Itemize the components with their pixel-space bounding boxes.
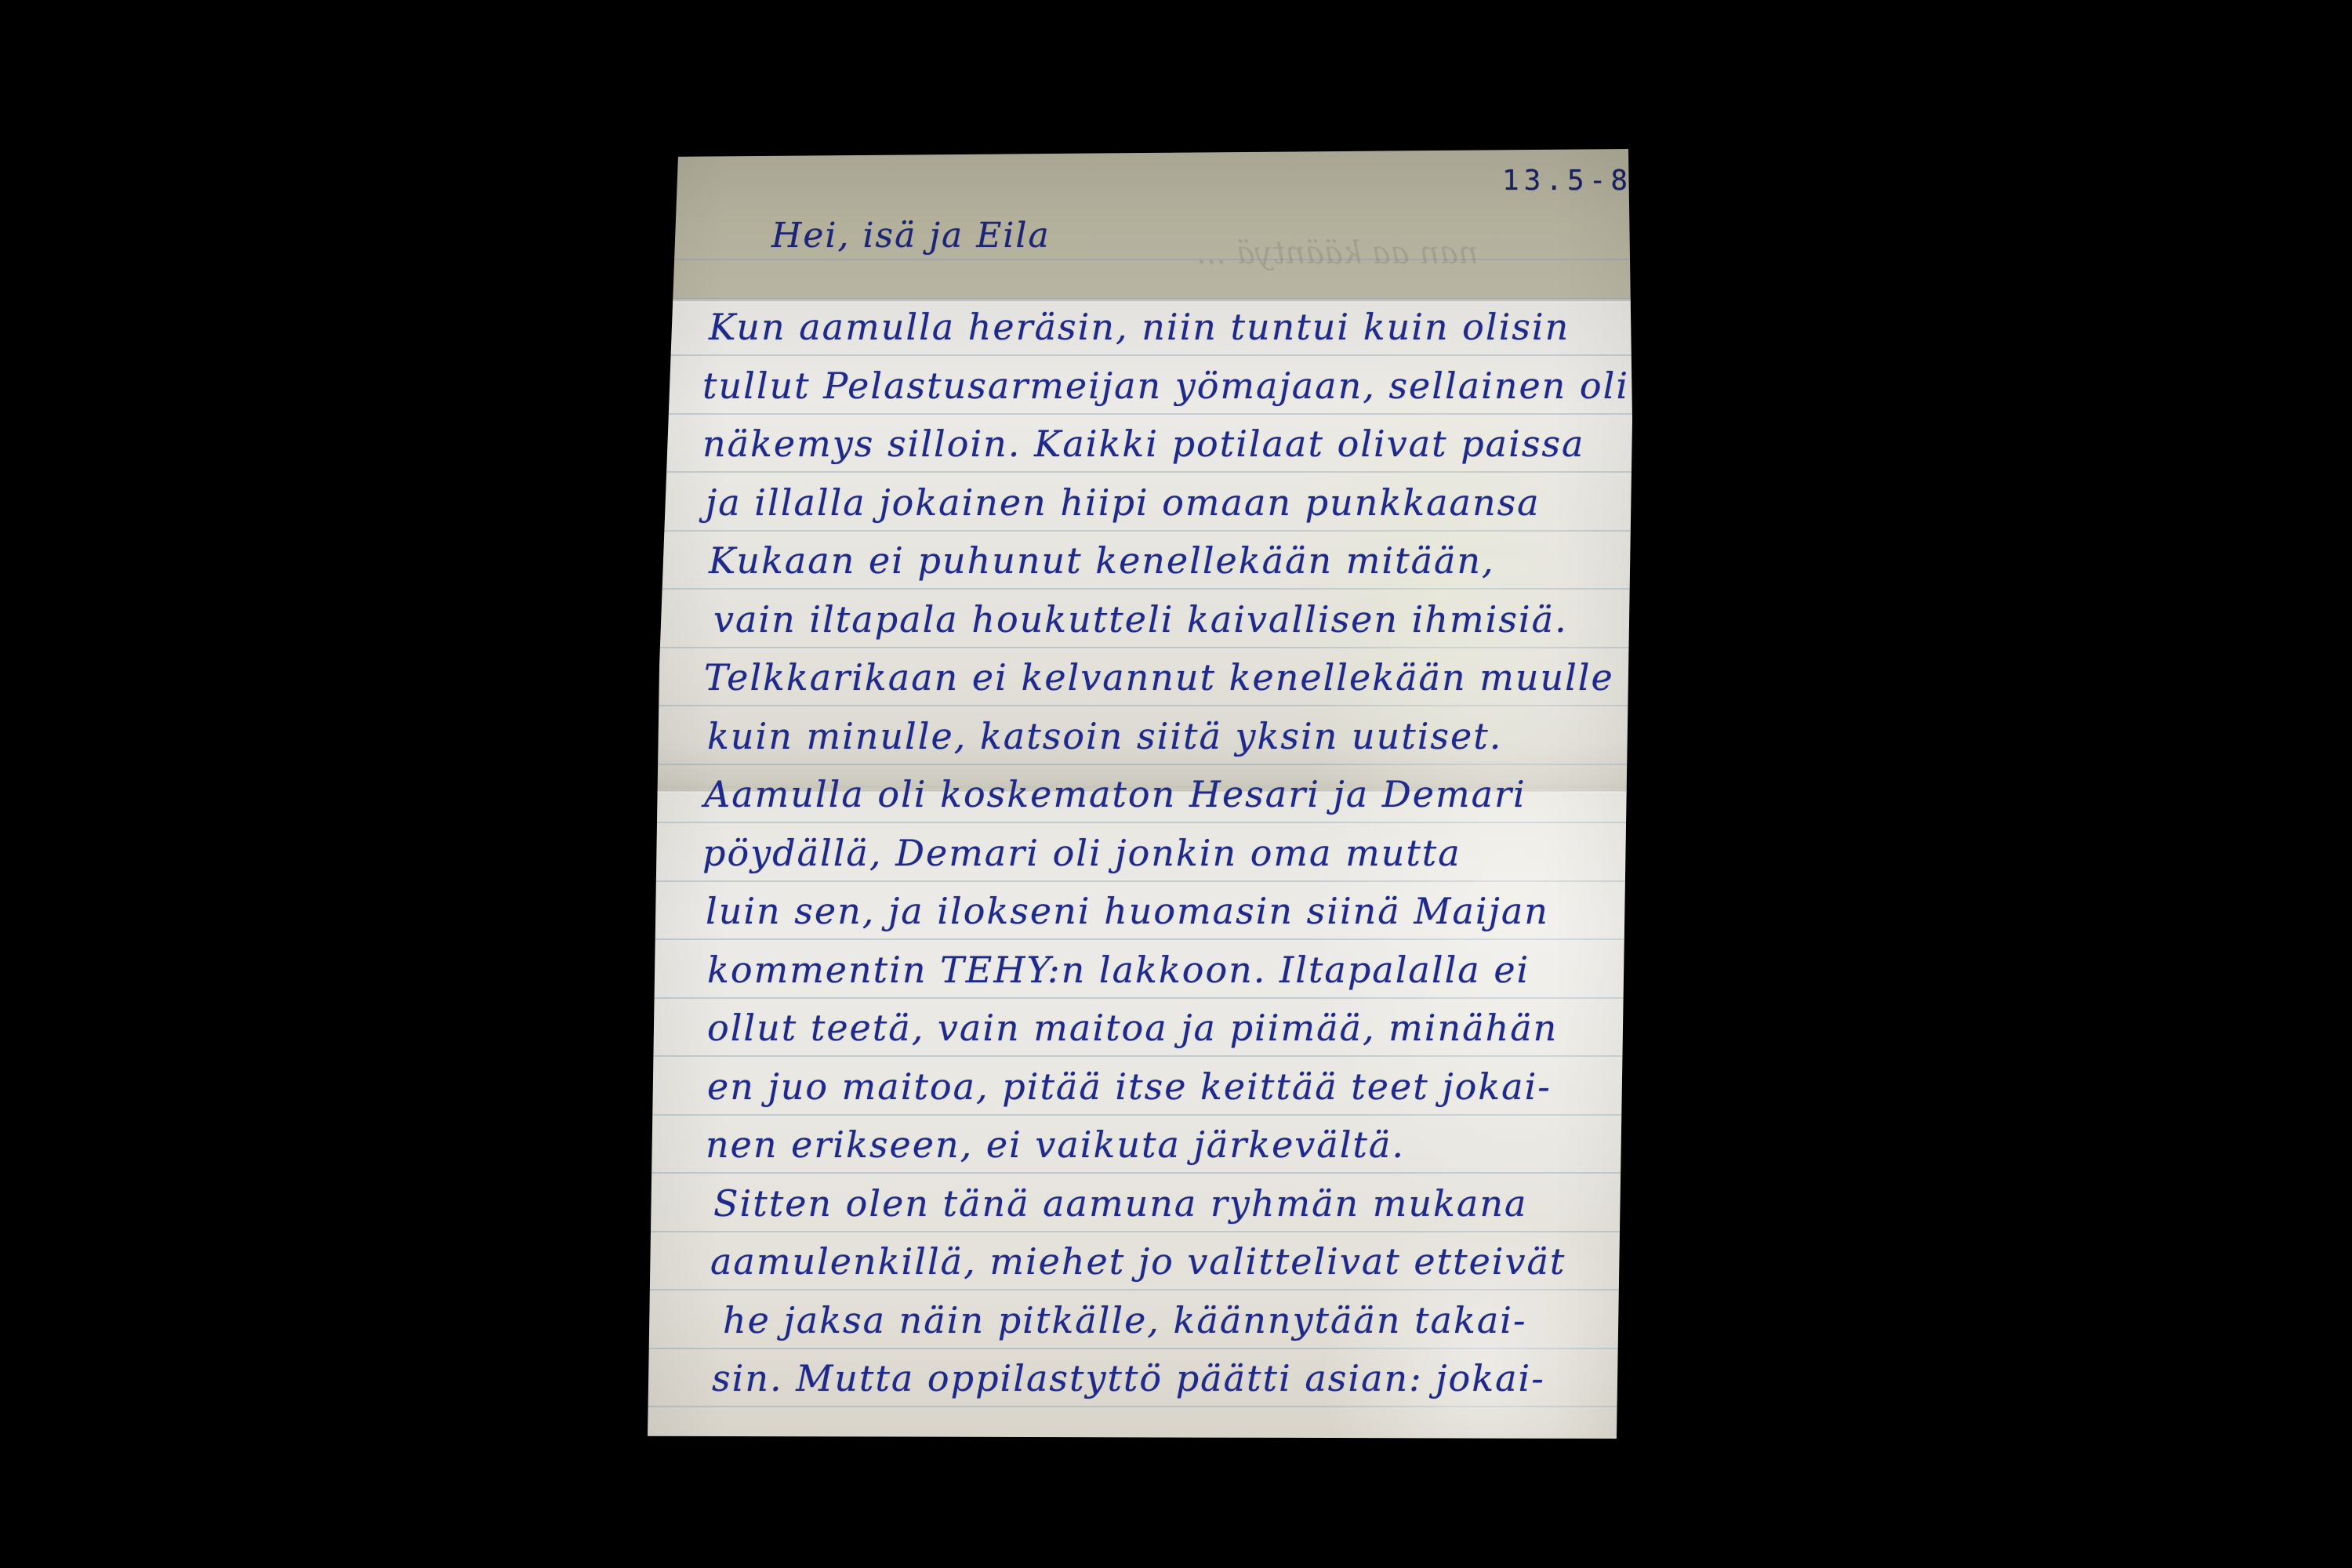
letter-line: näkemys silloin. Kaikki potilaat olivat … xyxy=(702,423,1584,465)
bleed-through-text: nan aa kääntyä ... xyxy=(1196,235,1479,271)
photo-stage: nan aa kääntyä ... 13.5-83 Hei, isä ja E… xyxy=(0,0,2352,1568)
letter-line: Aamulla oli koskematon Hesari ja Demari xyxy=(704,773,1526,815)
ruled-line xyxy=(648,764,1632,765)
letter-line: he jaksa näin pitkälle, käännytään takai… xyxy=(723,1299,1527,1341)
letter-greeting: Hei, isä ja Eila xyxy=(771,216,1051,256)
ruled-line xyxy=(648,530,1632,532)
ruled-line xyxy=(648,588,1632,590)
letter-line: vain iltapala houkutteli kaivallisen ihm… xyxy=(713,598,1568,641)
handwritten-letter-sheet: nan aa kääntyä ... 13.5-83 Hei, isä ja E… xyxy=(648,149,1632,1439)
ruled-line xyxy=(648,938,1632,940)
letter-line: Kun aamulla heräsin, niin tuntui kuin ol… xyxy=(709,306,1570,348)
letter-line: ollut teetä, vain maitoa ja piimää, minä… xyxy=(707,1007,1558,1049)
ruled-line xyxy=(648,647,1632,648)
letter-line: en juo maitoa, pitää itse keittää teet j… xyxy=(707,1065,1552,1108)
ruled-line xyxy=(648,880,1632,882)
ruled-line xyxy=(648,997,1632,999)
letter-line: tullut Pelastusarmeijan yömajaan, sellai… xyxy=(702,365,1629,407)
ruled-line xyxy=(648,1465,1632,1466)
ruled-line xyxy=(648,298,1632,299)
letter-line: Sitten olen tänä aamuna ryhmän mukana xyxy=(713,1182,1527,1225)
ruled-line xyxy=(648,1055,1632,1057)
ruled-line xyxy=(648,1348,1632,1349)
letter-line: sin. Mutta oppilastyttö päätti asian: jo… xyxy=(712,1357,1545,1399)
ruled-line xyxy=(648,471,1632,473)
ruled-line xyxy=(648,1523,1632,1524)
letter-line: kuin minulle, katsoin siitä yksin uutise… xyxy=(707,715,1502,757)
ruled-line xyxy=(648,413,1632,415)
letter-line: luin sen, ja ilokseni huomasin siinä Mai… xyxy=(706,890,1549,932)
ruled-line xyxy=(648,1172,1632,1174)
letter-line: kommentin TEHY:n lakkoon. Iltapalalla ei xyxy=(707,949,1530,991)
top-fold-crease xyxy=(648,300,1632,303)
letter-line: pöydällä, Demari oli jonkin oma mutta xyxy=(702,832,1461,874)
letter-line: aamulenkillä, miehet jo valittelivat ett… xyxy=(710,1240,1566,1283)
ruled-line xyxy=(648,1289,1632,1290)
ruled-line xyxy=(648,822,1632,823)
ruled-line xyxy=(648,354,1632,356)
letter-line: nen erikseen, ei vaikuta järkevältä. xyxy=(706,1123,1405,1166)
letter-line: Kukaan ei puhunut kenellekään mitään, xyxy=(709,539,1495,582)
ruled-line xyxy=(648,1114,1632,1116)
ruled-line xyxy=(648,1231,1632,1232)
ruled-line xyxy=(648,259,1632,260)
letter-line: ja illalla jokainen hiipi omaan punkkaan… xyxy=(706,481,1541,524)
letter-date: 13.5-83 xyxy=(1502,165,1654,197)
ruled-line xyxy=(648,1406,1632,1407)
letter-line: Telkkarikaan ei kelvannut kenellekään mu… xyxy=(704,656,1614,699)
ruled-line xyxy=(648,705,1632,706)
